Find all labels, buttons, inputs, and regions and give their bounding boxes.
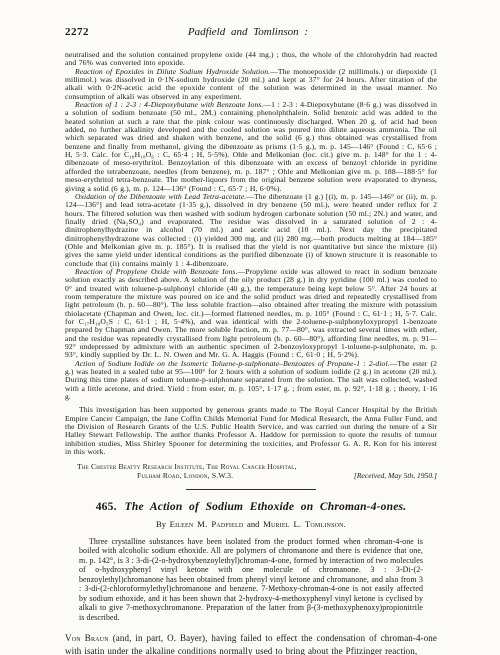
paragraph-text: —The dibenzoate (1 g.) [(i), m. p. 145—1…	[65, 192, 437, 268]
article-start-section: 465.The Action of Sodium Ethoxide on Chr…	[65, 501, 437, 655]
byline-by: By	[156, 519, 166, 529]
paragraph: Reaction of Epoxides in Dilute Sodium Hy…	[65, 68, 437, 101]
byline-and: and	[247, 519, 259, 529]
paragraph: neutralised and the solution contained p…	[65, 51, 437, 68]
section-divider	[186, 489, 316, 490]
acknowledgement: This investigation has been supported by…	[65, 406, 437, 456]
paragraph-text: neutralised and the solution contained p…	[65, 50, 437, 67]
body-lead-name: Von Braun	[65, 633, 109, 643]
paragraph-text: —1 : 2-3 : 4-Diepoxybutane (8·6 g.) was …	[65, 100, 437, 192]
body-paragraph: Von Braun (and, in part, O. Bayer), havi…	[65, 632, 437, 655]
abstract-text: Three crystalline substances have been i…	[79, 537, 423, 623]
author-name: Muriel L. Tomlinson.	[263, 519, 346, 529]
paragraph: Action of Sodium Iodide on the Isomeric …	[65, 360, 437, 402]
byline: By Eileen M. Padfield and Muriel L. Toml…	[65, 519, 437, 529]
acknowledgement-text: This investigation has been supported by…	[65, 405, 437, 456]
institute-address-line1: The Chester Beatty Research Institute, T…	[77, 462, 437, 472]
article-number: 465.	[96, 501, 117, 513]
page-number: 2272	[65, 26, 89, 38]
abstract: Three crystalline substances have been i…	[79, 537, 423, 623]
running-head: 2272 Padfield and Tomlinson :	[65, 26, 437, 38]
running-title: Padfield and Tomlinson :	[89, 26, 407, 38]
paragraph: Reaction of Propylene Oxide with Benzoat…	[65, 268, 437, 360]
paragraph: Oxidation of the Dibenzoate with Lead Te…	[65, 193, 437, 268]
received-date: [Received, May 5th, 1950.]	[354, 471, 437, 481]
article-title: The Action of Sodium Ethoxide on Chroman…	[125, 501, 407, 513]
body-text: (and, in part, O. Bayer), having failed …	[65, 633, 437, 655]
article-end-section: neutralised and the solution contained p…	[65, 51, 437, 481]
paragraph: Reaction of 1 : 2-3 : 4-Diepoxybutane wi…	[65, 101, 437, 193]
institute-address-line2-row: Fulham Road, London, S.W.3. [Received, M…	[137, 471, 437, 481]
address-block: The Chester Beatty Research Institute, T…	[65, 462, 437, 481]
institute-address-line2: Fulham Road, London, S.W.3.	[137, 471, 233, 481]
journal-page: 2272 Padfield and Tomlinson : neutralise…	[0, 0, 500, 655]
paragraph-text: —Propylene oxide was allowed to react in…	[65, 267, 437, 359]
author-name: Eileen M. Padfield	[170, 519, 244, 529]
article-title-line: 465.The Action of Sodium Ethoxide on Chr…	[65, 501, 437, 513]
